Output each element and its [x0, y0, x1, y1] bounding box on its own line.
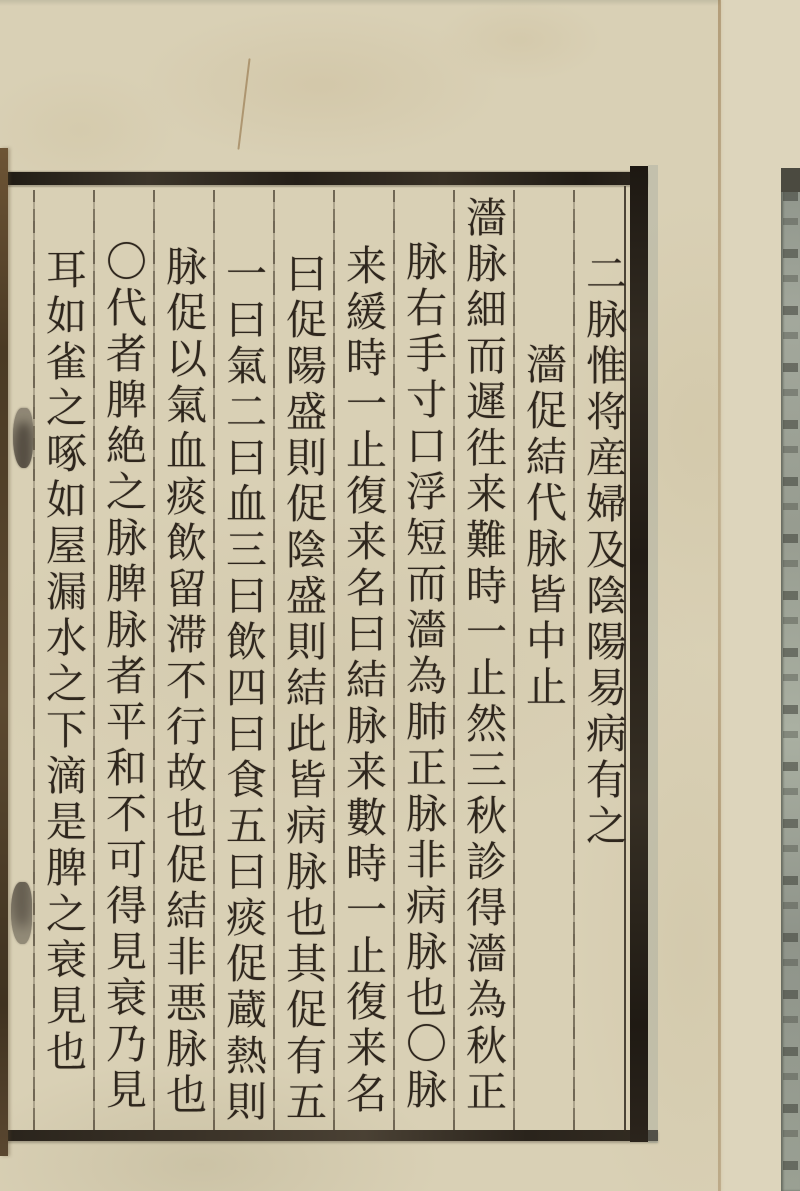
- ink-smudge: [11, 882, 32, 944]
- text-column-5: 来緩時一止復来名曰結脉来數時一止復来名: [333, 244, 393, 1128]
- text-column-7: 一曰氣二曰血三曰飲四曰食五曰痰促蔵熱則: [213, 252, 273, 1128]
- book-gutter-edge: [0, 148, 8, 1156]
- text-column-4: 脉右手寸口浮短而濇為肺正脉非病脉也〇脉: [393, 240, 453, 1128]
- adjacent-page-border-texture: [783, 192, 798, 1182]
- text-column-3: 濇脉細而遲徃来難時一止然三秋診得濇為秋正: [453, 196, 513, 1128]
- scanned-book-page: 二脉惟将産婦及陰陽易病有之 濇促結代脉皆中止 濇脉細而遲徃来難時一止然三秋診得濇…: [0, 0, 800, 1191]
- text-column-1-heading: 二脉惟将産婦及陰陽易病有之: [573, 252, 633, 892]
- page-edge-shadow: [648, 165, 658, 1143]
- frame-top-border: [8, 172, 648, 185]
- text-column-8: 脉促以氣血痰飲留滞不行故也促結非悪脉也: [153, 245, 213, 1128]
- frame-bottom-border: [6, 1130, 658, 1141]
- text-column-10: 耳如雀之啄如屋漏水之下滴是脾之衰見也: [33, 248, 93, 1108]
- text-column-6: 曰促陽盛則促陰盛則結此皆病脉也其促有五: [273, 252, 333, 1128]
- text-column-2-heading: 濇促結代脉皆中止: [513, 343, 573, 743]
- adjacent-page-frame-corner: [781, 168, 800, 192]
- ink-smudge: [13, 408, 33, 468]
- page-fold-crease: [718, 0, 721, 1191]
- paper-fiber: [237, 58, 250, 150]
- text-column-9: 〇代者脾絶之脉脾脉者平和不可得見衰乃見: [93, 240, 153, 1128]
